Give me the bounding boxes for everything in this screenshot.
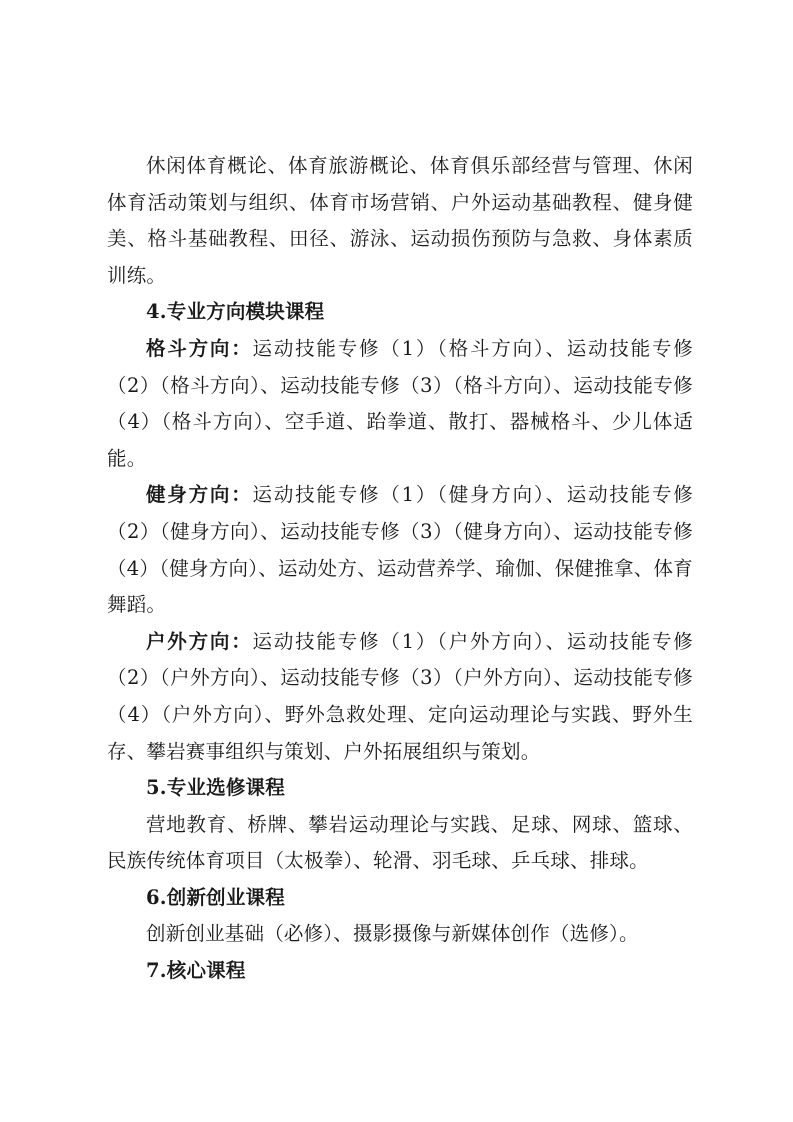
- section-5-heading: 5.专业选修课程: [107, 770, 693, 807]
- section-7-heading: 7.核心课程: [107, 953, 693, 990]
- direction-fitness-label: 健身方向：: [146, 483, 253, 506]
- direction-combat-label: 格斗方向：: [146, 337, 253, 360]
- document-page: 休闲体育概论、体育旅游概论、体育俱乐部经营与管理、休闲体育活动策划与组织、体育市…: [107, 148, 693, 990]
- direction-outdoor-paragraph: 户外方向：运动技能专修（1）（户外方向）、运动技能专修（2）（户外方向）、运动技…: [107, 624, 693, 770]
- section-6-heading: 6.创新创业课程: [107, 880, 693, 917]
- section-6-text: 创新创业基础（必修）、摄影摄像与新媒体创作（选修）。: [107, 916, 693, 953]
- direction-combat-paragraph: 格斗方向：运动技能专修（1）（格斗方向）、运动技能专修（2）（格斗方向）、运动技…: [107, 331, 693, 477]
- intro-paragraph: 休闲体育概论、体育旅游概论、体育俱乐部经营与管理、休闲体育活动策划与组织、体育市…: [107, 148, 693, 294]
- direction-fitness-paragraph: 健身方向：运动技能专修（1）（健身方向）、运动技能专修（2）（健身方向）、运动技…: [107, 477, 693, 623]
- direction-outdoor-label: 户外方向：: [146, 630, 253, 653]
- section-4-heading: 4.专业方向模块课程: [107, 294, 693, 331]
- section-5-text: 营地教育、桥牌、攀岩运动理论与实践、足球、网球、篮球、民族传统体育项目（太极拳）…: [107, 807, 693, 880]
